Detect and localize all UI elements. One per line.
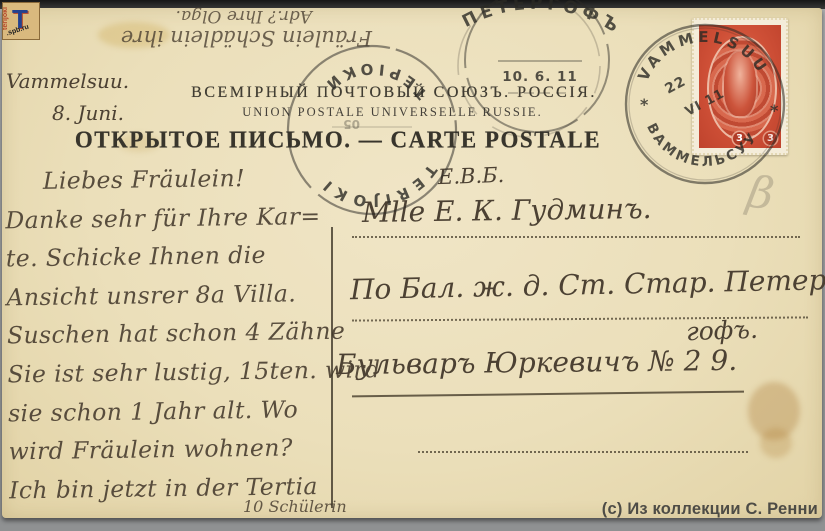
- message-line: Ansicht unsrer 8a Villa.: [6, 273, 352, 316]
- logo-site-suffix: .spb.ru: [5, 24, 29, 38]
- stamp-denomination: 3: [733, 132, 746, 145]
- terijoki-site-logo: terijoki T .spb.ru: [2, 2, 40, 40]
- address-recipient-line: Mlle Е. К. Гудминъ.: [362, 192, 652, 229]
- message-line: te. Schicke Ihnen die: [6, 235, 352, 278]
- stamp-denomination: 3: [764, 132, 777, 145]
- printed-upu-line-french: UNION POSTALE UNIVERSELLE RUSSIE.: [165, 105, 620, 120]
- message-line: Suschen hat schon 4 Zähne: [7, 312, 353, 355]
- upside-down-note-line: Adr.? Ihre Olga.: [62, 6, 372, 26]
- message-line: Danke sehr für Ihre Kar=: [5, 196, 351, 239]
- message-address-divider: [331, 227, 333, 508]
- message-line: Sie ist sehr lustig, 15ten. wird: [7, 351, 353, 394]
- printed-upu-line-russian: ВСЕМІРНЫЙ ПОЧТОВЫЙ СОЮЗЪ. РОССІЯ.: [163, 84, 625, 102]
- address-dotted-line: [418, 451, 748, 453]
- postcard-scan: ВСЕМІРНЫЙ ПОЧТОВЫЙ СОЮЗЪ. РОССІЯ. UNION …: [0, 0, 825, 531]
- message-line: Liebes Fräulein!: [5, 158, 351, 201]
- upside-down-pencil-note: Fräulein Schädlein ihre Adr.? Ihre Olga.: [62, 6, 372, 50]
- address-street-line: Бульваръ Юркевичъ № 2 9.: [336, 344, 737, 381]
- origin-date-note: 8. Juni.: [52, 101, 124, 125]
- stamp-imperial-crest: [724, 52, 757, 116]
- stamp-design: 3 3: [699, 25, 781, 148]
- logo-site-name: terijoki: [2, 7, 9, 30]
- collection-watermark: (с) Из коллекции С. Ренни: [598, 500, 818, 519]
- printed-card-title: ОТКРЫТОЕ ПИСЬМО. — CARTE POSTALE: [48, 126, 628, 154]
- address-route-continuation: гофъ.: [686, 315, 759, 346]
- honorific-abbreviation: Е.В.Б.: [438, 163, 505, 189]
- address-dotted-line: [352, 236, 800, 238]
- message-line: wird Fräulein wohnen?: [8, 428, 354, 471]
- handwritten-message: Liebes Fräulein! Danke sehr für Ihre Kar…: [5, 158, 355, 510]
- origin-place-note: Vammelsuu.: [6, 69, 129, 93]
- upside-down-note-line: Fräulein Schädlein ihre: [62, 26, 372, 50]
- message-line: sie schon 1 Jahr alt. Wo: [8, 389, 354, 432]
- postage-stamp: 3 3: [692, 18, 788, 155]
